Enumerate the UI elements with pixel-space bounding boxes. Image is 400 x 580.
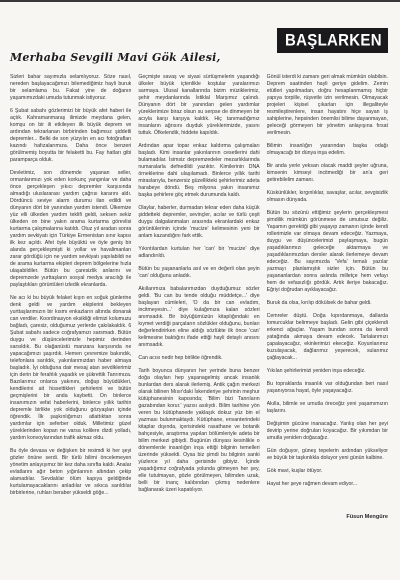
text-columns: Sizleri bahar sayımızla selamlıyoruz. Sö… bbox=[10, 74, 388, 558]
paragraph: Buruk da olsa, kırılıp dökülsek de bahar… bbox=[267, 300, 388, 307]
author-signature: Füsun Mengüre bbox=[267, 514, 388, 521]
paragraph: Gök mavi, kuşlar ötüyor. bbox=[267, 468, 388, 475]
paragraph: Bütün bu yaşananlarla asıl ve en değerli… bbox=[138, 266, 259, 280]
paragraph: 6 Şubat sabahı gözlerimizi bir büyük afe… bbox=[10, 108, 131, 164]
paragraph: Ne acı ki bu büyük felaket kışın en soğu… bbox=[10, 295, 131, 442]
paragraph: Bütün bu sözünü ettiğimiz şeylerin gerçe… bbox=[267, 210, 388, 294]
paragraph: Yıkıntılardan kurtulan her 'can' bir 'mu… bbox=[138, 246, 259, 260]
paragraph: Bir anda yerle yeksan olacak maddi şeyle… bbox=[267, 163, 388, 184]
page-title: Merhaba Sevgili Mavi Gök Ailesi, bbox=[10, 51, 221, 64]
paragraph: Değişimin gücüne inanacağız. Yanlış olan… bbox=[267, 421, 388, 442]
paragraph: Geçmişte savaş ve siyasi sürtüşmelerin y… bbox=[138, 74, 259, 137]
paragraph: Bu öyle devasa ve değişken bir resimdi k… bbox=[10, 448, 131, 497]
paragraph: Can acısı nedir hep birlikte öğrendik. bbox=[138, 355, 259, 362]
paragraph: Gönül isterdi ki zamanı geri almak mümkü… bbox=[267, 74, 388, 137]
text-column-1: Sizleri bahar sayımızla selamlıyoruz. Sö… bbox=[10, 74, 131, 558]
text-column-3: Gönül isterdi ki zamanı geri almak mümkü… bbox=[267, 74, 388, 558]
magazine-editorial-page: BAŞLARKEN Merhaba Sevgili Mavi Gök Ailes… bbox=[0, 0, 400, 580]
paragraph: Olaylar, haberler, durmadan tekrar eden … bbox=[138, 205, 259, 240]
paragraph: Gün doğuyor, güneş tepelerin ardından yü… bbox=[267, 448, 388, 462]
paragraph: Bilimin insanlığın yararından başka odağ… bbox=[267, 143, 388, 157]
paragraph: Tarih boyunca dünyanın her yerinde buna … bbox=[138, 368, 259, 494]
paragraph: Bu topraklarda insanlık var olduğundan b… bbox=[267, 381, 388, 395]
section-header-label: BAŞLARKEN bbox=[285, 31, 382, 49]
paragraph: Akıllarımıza babalarımızdan duyduğumuz s… bbox=[138, 286, 259, 349]
paragraph: Akılla, bilimle ve umutla öreceğiz yeni … bbox=[267, 401, 388, 415]
paragraph: Ardından apar topar enkaz kaldırma çalış… bbox=[138, 143, 259, 199]
page-top-rule bbox=[0, 0, 400, 2]
paragraph: Hayat her şeye rağmen devam ediyor... bbox=[267, 481, 388, 488]
section-header: BAŞLARKEN bbox=[277, 28, 388, 53]
paragraph: Yıkılan şehirlerimizi yeniden inşa edece… bbox=[267, 368, 388, 375]
paragraph: Devletimiz, son dönemde yaşanan seller, … bbox=[10, 170, 131, 289]
text-column-2: Geçmişte savaş ve siyasi sürtüşmelerin y… bbox=[138, 74, 259, 558]
column-3-paragraphs: Gönül isterdi ki zamanı geri almak mümkü… bbox=[267, 74, 388, 488]
paragraph: Sizleri bahar sayımızla selamlıyoruz. Sö… bbox=[10, 74, 131, 102]
paragraph: Küskünlükler, kırgınlıklar, savaşlar, ac… bbox=[267, 190, 388, 204]
paragraph: Cemreler düştü. Doğa kıpırdanmaya, dalla… bbox=[267, 313, 388, 362]
